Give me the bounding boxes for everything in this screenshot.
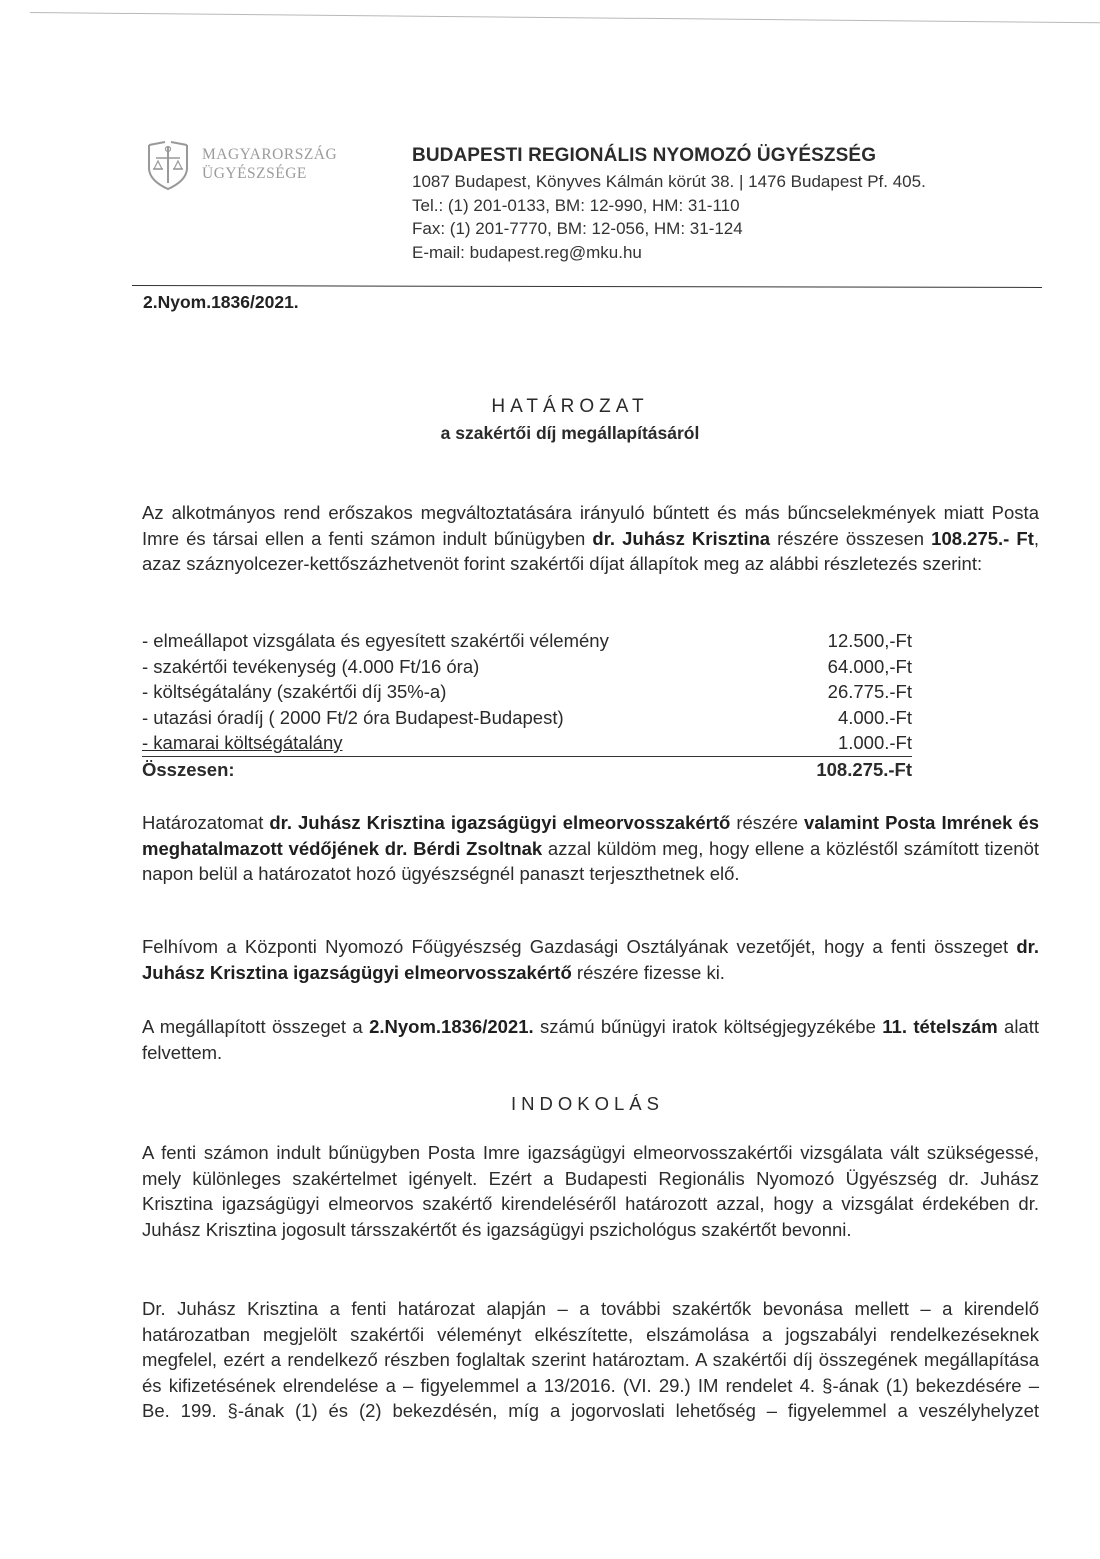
cost-label: - kamarai költségátalány [142,730,343,756]
total-label: Összesen: [142,757,235,783]
header-divider [132,285,1042,288]
organization-name: BUDAPESTI REGIONÁLIS NYOMOZÓ ÜGYÉSZSÉG [412,145,926,167]
text: részére [730,812,804,833]
organization-block: BUDAPESTI REGIONÁLIS NYOMOZÓ ÜGYÉSZSÉG 1… [412,145,926,264]
text: A megállapított összeget a [142,1016,369,1037]
logo-line-2: ÜGYÉSZSÉGE [202,164,337,183]
email: E-mail: budapest.reg@mku.hu [412,241,926,265]
cost-amount: 4.000.-Ft [792,705,912,731]
cost-item: - utazási óradíj ( 2000 Ft/2 óra Budapes… [142,705,912,731]
item-number: 11. tételszám [882,1016,997,1037]
total-amount: 108.275.-Ft [816,757,912,783]
scan-edge-line [30,12,1100,23]
cost-label: - utazási óradíj ( 2000 Ft/2 óra Budapes… [142,705,564,731]
total-fee: 108.275.- Ft [931,528,1034,549]
cost-item: - kamarai költségátalány1.000.-Ft [142,730,912,757]
shield-scales-icon [145,139,191,191]
telephone: Tel.: (1) 201-0133, BM: 12-990, HM: 31-1… [412,194,926,218]
cost-label: - elmeállapot vizsgálata és egyesített s… [142,628,609,654]
cost-amount: 12.500,-Ft [792,628,912,654]
cost-breakdown: - elmeállapot vizsgálata és egyesített s… [142,628,912,782]
delivery-paragraph: Határozatomat dr. Juhász Krisztina igazs… [142,810,1039,887]
registration-paragraph: A megállapított összeget a 2.Nyom.1836/2… [142,1014,1039,1065]
document-title: HATÁROZAT [0,396,1100,418]
cost-amount: 1.000.-Ft [792,730,912,756]
text: Határozatomat [142,812,269,833]
cost-item: - elmeállapot vizsgálata és egyesített s… [142,628,912,654]
prosecution-logo: MAGYARORSZÁG ÜGYÉSZSÉGE [140,135,380,195]
cost-total: Összesen:108.275.-Ft [142,757,912,783]
document-subtitle: a szakértői díj megállapításáról [0,423,1100,444]
cost-label: - költségátalány (szakértői díj 35%-a) [142,679,446,705]
cost-item: - költségátalány (szakértői díj 35%-a)26… [142,679,912,705]
cost-amount: 64.000,-Ft [792,654,912,680]
cost-item: - szakértői tevékenység (4.000 Ft/16 óra… [142,654,912,680]
reasoning-paragraph-1: A fenti számon indult bűnügyben Posta Im… [142,1140,1039,1242]
text: részére fizesse ki. [572,962,725,983]
reference-number: 2.Nyom.1836/2021. [143,292,299,313]
payment-paragraph: Felhívom a Központi Nyomozó Főügyészség … [142,934,1039,985]
text: részére összesen [770,528,931,549]
text: Felhívom a Központi Nyomozó Főügyészség … [142,936,1016,957]
reasoning-title: INDOKOLÁS [0,1093,1100,1115]
cost-amount: 26.775.-Ft [792,679,912,705]
intro-paragraph: Az alkotmányos rend erőszakos megváltozt… [142,500,1039,577]
expert-name: dr. Juhász Krisztina [592,528,770,549]
reasoning-paragraph-2: Dr. Juhász Krisztina a fenti határozat a… [142,1296,1039,1424]
text: számú bűnügyi iratok költségjegyzékébe [534,1016,883,1037]
postal-address: 1087 Budapest, Könyves Kálmán körút 38. … [412,170,926,194]
cost-label: - szakértői tevékenység (4.000 Ft/16 óra… [142,654,479,680]
expert-name: dr. Juhász Krisztina igazságügyi elmeorv… [269,812,730,833]
fax: Fax: (1) 201-7770, BM: 12-056, HM: 31-12… [412,217,926,241]
logo-line-1: MAGYARORSZÁG [202,145,337,164]
case-number: 2.Nyom.1836/2021. [369,1016,534,1037]
